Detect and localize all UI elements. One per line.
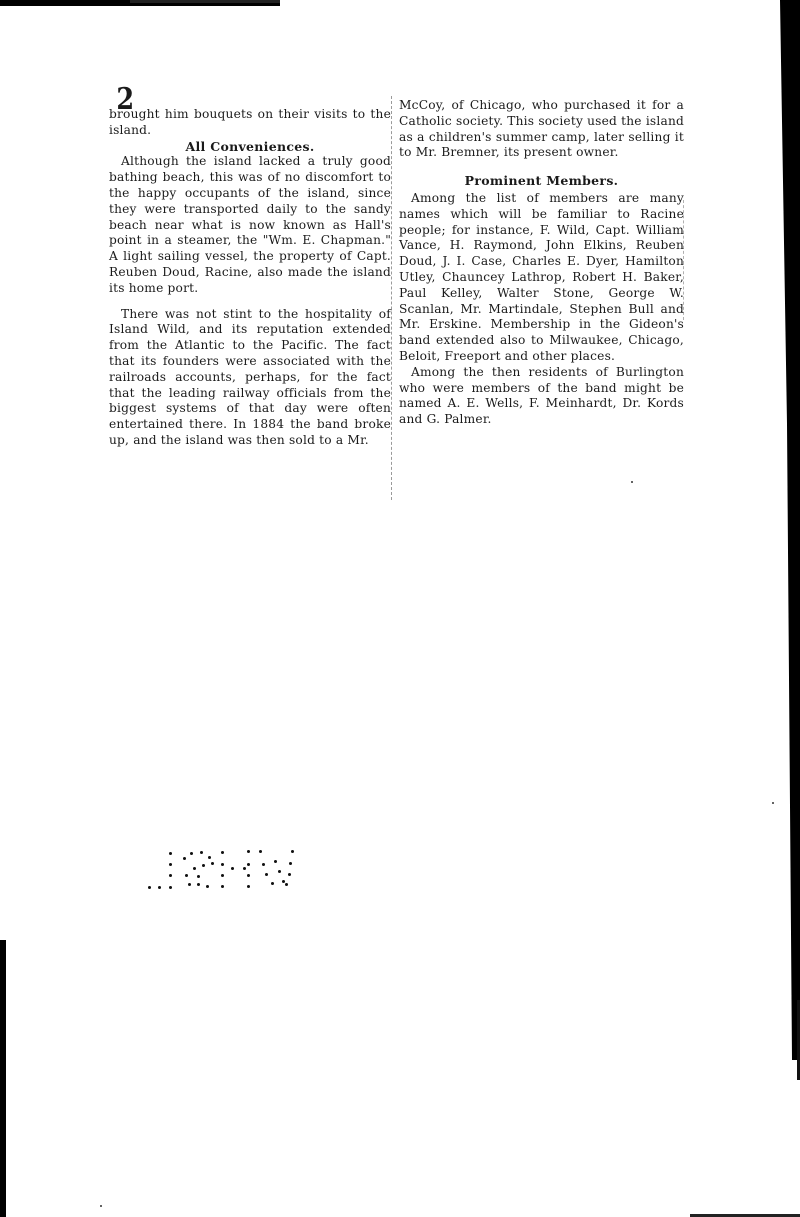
perforation-dot	[285, 883, 288, 886]
paragraph: Among the list of members are many names…	[399, 191, 684, 365]
perforation-dot	[291, 850, 294, 853]
paragraph: Among the then residents of Burlington w…	[399, 365, 684, 428]
perforation-dot	[221, 863, 224, 866]
perforation-dot	[183, 857, 186, 860]
perforation-dot	[169, 874, 172, 877]
perforation-dot	[188, 883, 191, 886]
perforation-dot	[265, 873, 268, 876]
perforation-dot	[148, 886, 151, 889]
paragraph: There was not stint to the hospitality o…	[109, 307, 391, 449]
perforation-dot	[169, 886, 172, 889]
perforation-dot	[243, 867, 246, 870]
scan-border-top-shade	[130, 0, 280, 3]
perforation-dot	[208, 856, 211, 859]
perforation-dot	[231, 867, 234, 870]
ink-speck	[631, 481, 633, 483]
perforation-dot	[169, 852, 172, 855]
perforation-dot	[247, 874, 250, 877]
scan-border-left	[0, 940, 6, 1217]
column-divider	[391, 96, 392, 500]
perforation-stamp	[148, 840, 308, 890]
perforation-dot	[185, 874, 188, 877]
ink-speck	[772, 802, 774, 804]
article-column-right: McCoy, of Chicago, who purchased it for …	[399, 98, 684, 428]
perforation-dot	[259, 850, 262, 853]
paragraph: Although the island lacked a truly good …	[109, 154, 391, 296]
perforation-dot	[278, 870, 281, 873]
perforation-dot	[271, 882, 274, 885]
perforation-dot	[200, 851, 203, 854]
perforation-dot	[206, 885, 209, 888]
perforation-dot	[193, 867, 196, 870]
perforation-dot	[274, 860, 277, 863]
section-heading-prominent-members: Prominent Members.	[399, 173, 684, 189]
perforation-dot	[247, 863, 250, 866]
section-heading-all-conveniences: All Conveniences.	[109, 139, 391, 155]
perforation-dot	[158, 886, 161, 889]
perforation-dot	[197, 875, 200, 878]
scan-border-right	[780, 0, 800, 1060]
perforation-dot	[221, 874, 224, 877]
perforation-dot	[282, 880, 285, 883]
perforation-dot	[221, 851, 224, 854]
perforation-dot	[247, 885, 250, 888]
article-column-left: brought him bouquets on their visits to …	[109, 107, 391, 449]
ink-speck	[100, 1205, 102, 1207]
perforation-dot	[262, 863, 265, 866]
perforation-dot	[288, 873, 291, 876]
column-opening-text: brought him bouquets on their visits to …	[109, 107, 391, 139]
column-opening-text: McCoy, of Chicago, who purchased it for …	[399, 98, 684, 161]
perforation-dot	[247, 850, 250, 853]
perforation-dot	[190, 852, 193, 855]
perforation-dot	[221, 885, 224, 888]
perforation-dot	[169, 863, 172, 866]
perforation-dot	[211, 862, 214, 865]
perforation-dot	[289, 862, 292, 865]
perforation-dot	[197, 883, 200, 886]
perforation-dot	[202, 864, 205, 867]
